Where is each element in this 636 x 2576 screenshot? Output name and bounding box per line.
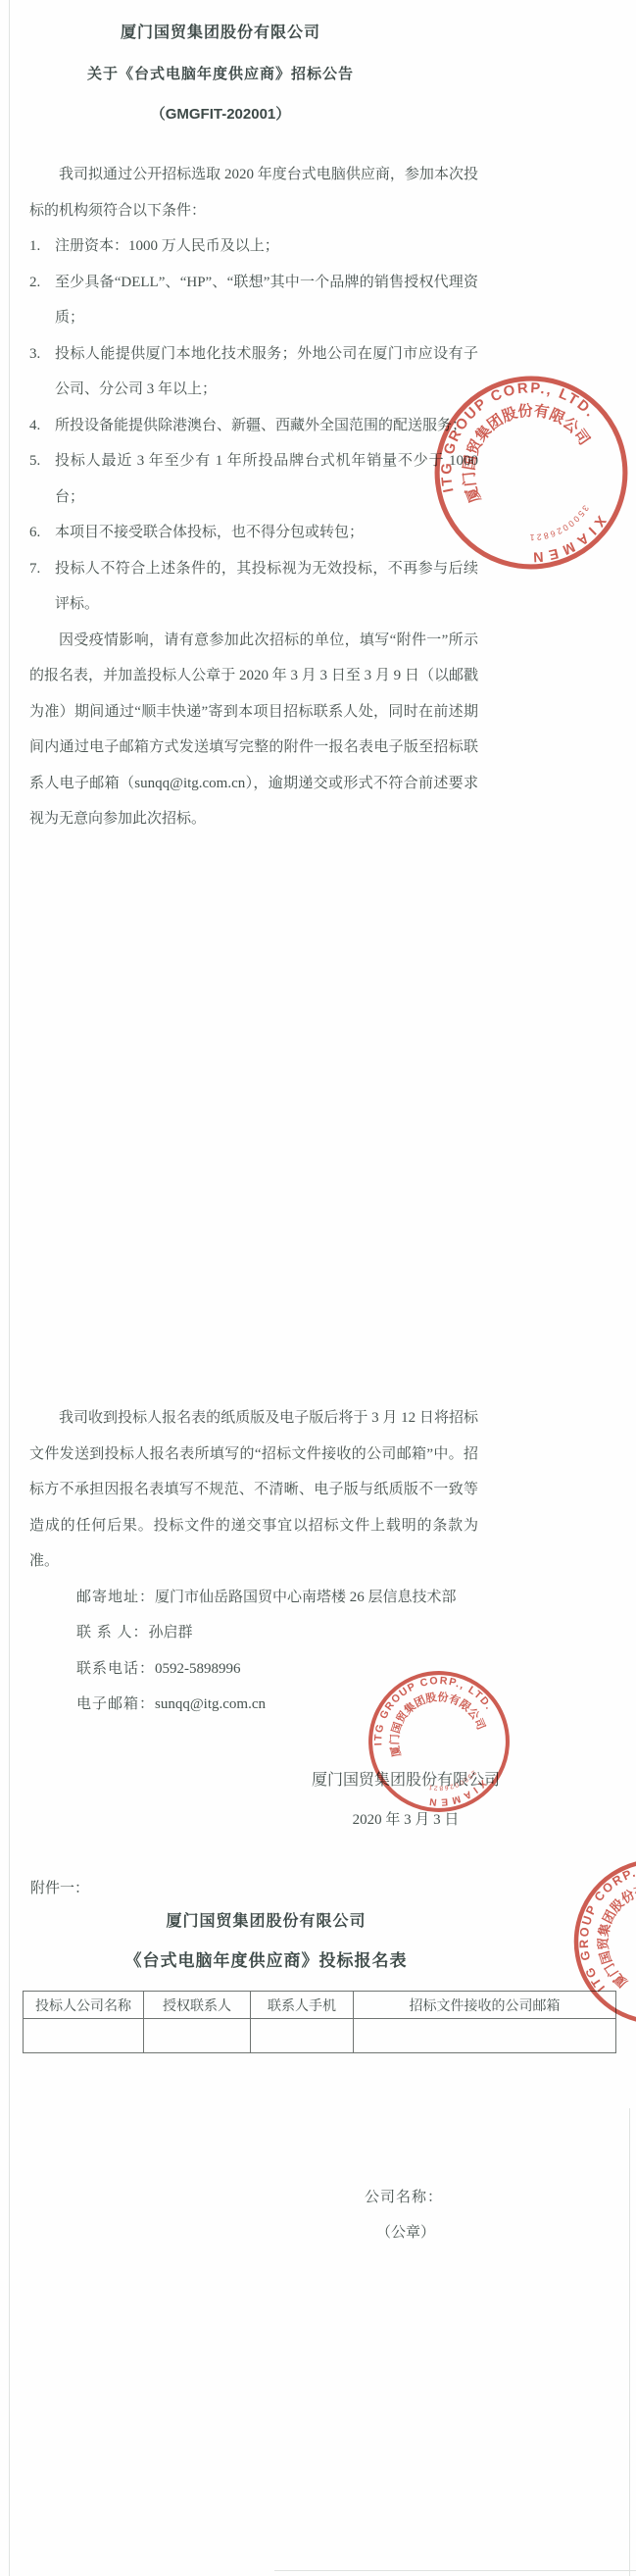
- attachment-label: 附件一：: [30, 1877, 89, 1897]
- contact-value: 孙启群: [149, 1625, 193, 1641]
- condition-item: 1. 注册资本：1000 万人民币及以上；: [29, 228, 478, 265]
- condition-number: 4.: [29, 408, 55, 444]
- scan-edge-artifact: [9, 0, 10, 2576]
- registration-form-table: 投标人公司名称 授权联系人 联系人手机 招标文件接收的公司邮箱: [23, 1991, 616, 2053]
- header-receiving-email: 招标文件接收的公司邮箱: [354, 1992, 616, 2019]
- company-name-sign-label: 公司名称：: [365, 2186, 443, 2206]
- title-company-name: 厦门国贸集团股份有限公司: [20, 20, 421, 42]
- contact-value: 厦门市仙岳路国贸中心南塔楼 26 层信息技术部: [155, 1590, 457, 1605]
- table-row: [24, 2019, 616, 2053]
- condition-number: 1.: [29, 228, 55, 265]
- header-contact-mobile: 联系人手机: [251, 1992, 354, 2019]
- condition-item: 6. 本项目不接受联合体投标，也不得分包或转包；: [29, 515, 478, 551]
- condition-item: 2. 至少具备“DELL”、“HP”、“联想”其中一个品牌的销售授权代理资质；: [29, 265, 478, 336]
- cell-receiving-email: [354, 2019, 616, 2053]
- contact-person: 联 系 人：孙启群: [76, 1615, 478, 1651]
- contact-label: 联系电话：: [76, 1661, 155, 1677]
- condition-number: 6.: [29, 515, 55, 551]
- cell-bidder-company: [24, 2019, 144, 2053]
- scanned-document-page: 厦门国贸集团股份有限公司 关于《台式电脑年度供应商》招标公告 （GMGFIT-2…: [0, 0, 636, 2576]
- condition-number: 3.: [29, 336, 55, 408]
- condition-text: 至少具备“DELL”、“HP”、“联想”其中一个品牌的销售授权代理资质；: [55, 265, 478, 336]
- tender-conditions-section: 我司拟通过公开招标选取 2020 年度台式电脑供应商，参加本次投标的机构须符合以…: [29, 157, 478, 837]
- contact-label: 联 系 人：: [76, 1625, 149, 1641]
- contact-label: 邮寄地址：: [76, 1590, 155, 1605]
- attachment-title-form: 《台式电脑年度供应商》投标报名表: [23, 1946, 510, 1971]
- registration-paragraph: 因受疫情影响，请有意参加此次招标的单位，填写“附件一”所示的报名表，并加盖投标人…: [29, 623, 478, 837]
- cell-contact-mobile: [251, 2019, 354, 2053]
- intro-paragraph: 我司拟通过公开招标选取 2020 年度台式电脑供应商，参加本次投标的机构须符合以…: [29, 157, 478, 228]
- condition-text: 注册资本：1000 万人民币及以上；: [55, 228, 478, 265]
- attachment-title-block: 厦门国贸集团股份有限公司 《台式电脑年度供应商》投标报名表: [23, 1908, 615, 1971]
- condition-item: 7. 投标人不符合上述条件的，其投标视为无效投标，不再参与后续评标。: [29, 551, 478, 623]
- contact-value: 0592-5898996: [155, 1661, 241, 1677]
- condition-item: 3. 投标人能提供厦门本地化技术服务；外地公司在厦门市应设有子公司、分公司 3 …: [29, 336, 478, 408]
- document-header: 厦门国贸集团股份有限公司 关于《台式电脑年度供应商》招标公告 （GMGFIT-2…: [20, 20, 421, 124]
- cell-authorized-contact: [144, 2019, 251, 2053]
- condition-text: 投标人能提供厦门本地化技术服务；外地公司在厦门市应设有子公司、分公司 3 年以上…: [55, 336, 478, 408]
- title-announcement-subject: 关于《台式电脑年度供应商》招标公告: [20, 63, 421, 83]
- header-bidder-company: 投标人公司名称: [24, 1992, 144, 2019]
- title-tender-number: （GMGFIT-202001）: [20, 103, 421, 124]
- header-authorized-contact: 授权联系人: [144, 1992, 251, 2019]
- table-header-row: 投标人公司名称 授权联系人 联系人手机 招标文件接收的公司邮箱: [24, 1992, 616, 2019]
- condition-number: 5.: [29, 443, 55, 515]
- contact-label: 电子邮箱：: [76, 1696, 155, 1712]
- scan-edge-artifact: [274, 2570, 636, 2571]
- contact-mail-address: 邮寄地址：厦门市仙岳路国贸中心南塔楼 26 层信息技术部: [76, 1580, 478, 1616]
- condition-text: 投标人不符合上述条件的，其投标视为无效投标，不再参与后续评标。: [55, 551, 478, 623]
- delivery-paragraph: 我司收到投标人报名表的纸质版及电子版后将于 3 月 12 日将招标文件发送到投标…: [29, 1400, 478, 1580]
- contact-value: sunqq@itg.com.cn: [155, 1696, 266, 1712]
- condition-text: 本项目不接受联合体投标，也不得分包或转包；: [55, 515, 478, 551]
- condition-number: 2.: [29, 265, 55, 336]
- attachment-title-company: 厦门国贸集团股份有限公司: [23, 1908, 510, 1931]
- condition-number: 7.: [29, 551, 55, 623]
- company-seal-placeholder-label: （公章）: [376, 2221, 435, 2242]
- scan-edge-artifact: [629, 2108, 630, 2576]
